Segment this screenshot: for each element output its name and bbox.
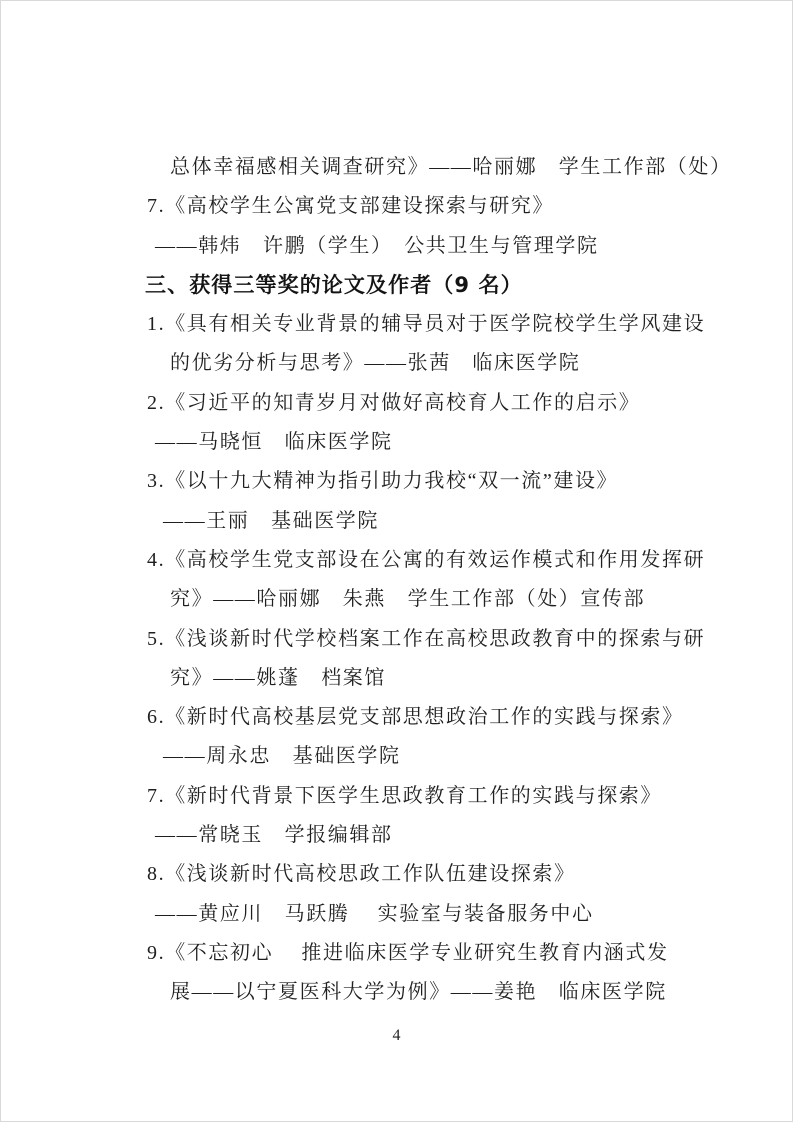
document-page: 总体幸福感相关调查研究》——哈丽娜 学生工作部（处） 7.《高校学生公寓党支部建… bbox=[0, 0, 793, 1122]
award-item-2-title: 2.《习近平的知青岁月对做好高校育人工作的启示》 bbox=[0, 384, 793, 423]
award-item-6-authors: ——周永忠 基础医学院 bbox=[0, 737, 793, 776]
award-item-3-authors: ——王丽 基础医学院 bbox=[0, 502, 793, 541]
award-item-5-authors: 究》——姚蓬 档案馆 bbox=[0, 659, 793, 698]
award-item-8-title: 8.《浅谈新时代高校思政工作队伍建设探索》 bbox=[0, 855, 793, 894]
award-item-9-authors: 展——以宁夏医科大学为例》——姜艳 临床医学院 bbox=[0, 973, 793, 1012]
carryover-item-title: 7.《高校学生公寓党支部建设探索与研究》 bbox=[0, 187, 793, 226]
award-item-7-authors: ——常晓玉 学报编辑部 bbox=[0, 816, 793, 855]
page-number: 4 bbox=[0, 1024, 793, 1048]
award-item-3-title: 3.《以十九大精神为指引助力我校“双一流”建设》 bbox=[0, 462, 793, 501]
award-item-4-authors: 究》——哈丽娜 朱燕 学生工作部（处）宣传部 bbox=[0, 580, 793, 619]
award-item-2-authors: ——马晓恒 临床医学院 bbox=[0, 423, 793, 462]
section-heading: 三、获得三等奖的论文及作者（9 名） bbox=[0, 266, 793, 305]
award-item-7-title: 7.《新时代背景下医学生思政教育工作的实践与探索》 bbox=[0, 777, 793, 816]
award-item-5-title: 5.《浅谈新时代学校档案工作在高校思政教育中的探索与研 bbox=[0, 620, 793, 659]
award-item-9-title: 9.《不忘初心 推进临床医学专业研究生教育内涵式发 bbox=[0, 934, 793, 973]
document-body: 总体幸福感相关调查研究》——哈丽娜 学生工作部（处） 7.《高校学生公寓党支部建… bbox=[0, 0, 793, 1013]
award-item-1-authors: 的优劣分析与思考》——张茜 临床医学院 bbox=[0, 344, 793, 383]
carryover-item-authors: ——韩炜 许鹏（学生） 公共卫生与管理学院 bbox=[0, 227, 793, 266]
award-item-1-title: 1.《具有相关专业背景的辅导员对于医学院校学生学风建设 bbox=[0, 305, 793, 344]
carryover-continuation-line: 总体幸福感相关调查研究》——哈丽娜 学生工作部（处） bbox=[0, 148, 793, 187]
award-item-6-title: 6.《新时代高校基层党支部思想政治工作的实践与探索》 bbox=[0, 698, 793, 737]
award-item-4-title: 4.《高校学生党支部设在公寓的有效运作模式和作用发挥研 bbox=[0, 541, 793, 580]
award-item-8-authors: ——黄应川 马跃腾 实验室与装备服务中心 bbox=[0, 895, 793, 934]
